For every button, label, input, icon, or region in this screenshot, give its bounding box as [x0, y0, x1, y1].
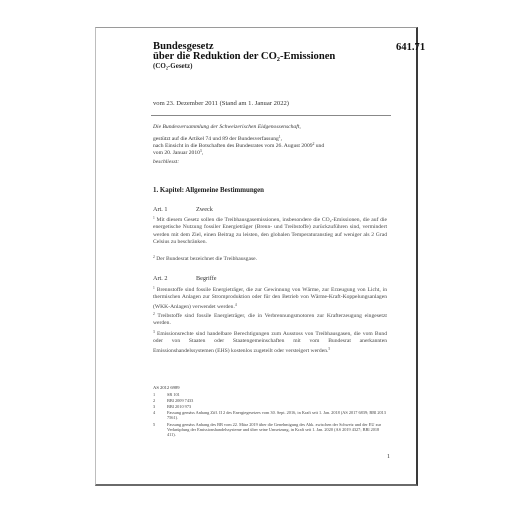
paragraph-number: 1	[153, 216, 155, 220]
paragraph-text: Treibstoffe sind fossile Energieträger, …	[153, 313, 387, 326]
paragraph-number: 1	[153, 286, 155, 290]
footnote-4: 4Fassung gemäss Anhang Ziff. II 2 des En…	[153, 410, 387, 420]
footnote-text: SR 101	[167, 392, 387, 397]
date-line: vom 23. Dezember 2011 (Stand am 1. Janua…	[153, 100, 289, 107]
sr-number: 641.71	[396, 42, 425, 53]
short-title: (CO₂-Gesetz)	[153, 62, 192, 70]
footnote-number: 5	[153, 422, 155, 427]
footnote-number: 4	[153, 410, 155, 415]
preamble-resolves: beschliesst:	[153, 159, 179, 166]
article-2-number: Art. 2	[153, 275, 167, 282]
preamble-message-text: vom 20. Januar 2010	[153, 150, 200, 156]
footnote-text: BBl 2010 973	[167, 404, 387, 409]
preamble-enacting-body: Die Bundesversammlung der Schweizerische…	[153, 124, 301, 131]
footnote-3: 3BBl 2010 973	[153, 404, 387, 409]
footnote-text: Fassung gemäss Anhang Ziff. II 2 des Ene…	[167, 410, 387, 420]
title-line-2: über die Reduktion der CO₂-Emissionen	[153, 52, 335, 61]
preamble-message-end: ,	[202, 150, 203, 156]
preamble-message-end: und	[314, 143, 324, 149]
document-page: Bundesgesetz 641.71 über die Reduktion d…	[95, 27, 418, 486]
footnote-number: 2	[153, 398, 155, 403]
footnote-number: 3	[153, 404, 155, 409]
paragraph-number: 2	[153, 255, 155, 259]
footnote-text: Fassung gemäss Anhang des BB vom 22. Mär…	[167, 422, 387, 437]
footnote-1: 1SR 101	[153, 392, 387, 397]
page-number: 1	[387, 454, 390, 460]
footnote-ref[interactable]: 4	[235, 303, 237, 307]
paragraph-text: Emissionsrechte sind handelbare Berechti…	[153, 331, 387, 354]
paragraph-number: 2	[153, 312, 155, 316]
article-1-title: Zweck	[196, 206, 213, 213]
article-1-paragraph-2: 2 Der Bundesrat bezeichnet die Treibhaus…	[153, 254, 387, 263]
preamble-message-2: vom 20. Januar 20103,	[153, 148, 203, 157]
article-2-paragraph-2: 2 Treibstoffe sind fossile Energieträger…	[153, 311, 387, 328]
official-compilation-reference: AS 2012 6989	[153, 385, 180, 390]
divider	[151, 115, 391, 116]
footnote-ref[interactable]: 1	[279, 135, 281, 139]
paragraph-text: Mit diesem Gesetz sollen die Treibhausga…	[153, 217, 387, 245]
paragraph-number: 3	[153, 330, 155, 334]
chapter-heading: 1. Kapitel: Allgemeine Bestimmungen	[153, 187, 264, 194]
footnote-5: 5Fassung gemäss Anhang des BB vom 22. Mä…	[153, 422, 387, 437]
paragraph-text: Brennstoffe sind fossile Energieträger, …	[153, 287, 387, 310]
article-2-title: Begriffe	[196, 275, 217, 282]
footnote-text: BBl 2009 7433	[167, 398, 387, 403]
footnote-ref[interactable]: 5	[328, 347, 330, 351]
article-1-paragraph-1: 1 Mit diesem Gesetz sollen die Treibhaus…	[153, 215, 387, 247]
article-2-paragraph-1: 1 Brennstoffe sind fossile Energieträger…	[153, 285, 387, 311]
article-2-paragraph-3: 3 Emissionsrechte sind handelbare Berech…	[153, 329, 387, 355]
footnote-number: 1	[153, 392, 155, 397]
article-1-number: Art. 1	[153, 206, 167, 213]
footnote-2: 2BBl 2009 7433	[153, 398, 387, 403]
paragraph-text: Der Bundesrat bezeichnet die Treibhausga…	[156, 256, 257, 262]
title-line-1: Bundesgesetz	[153, 42, 214, 51]
